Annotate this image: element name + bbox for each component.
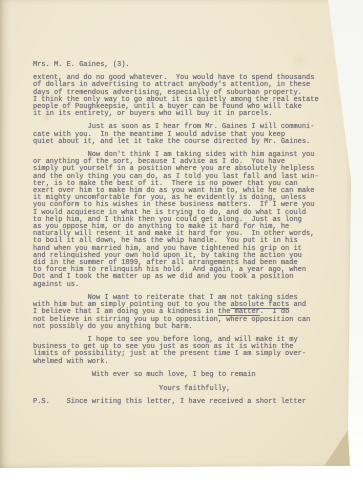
closing-block: With ever so much love, I beg to remain …: [33, 372, 341, 394]
letter-photo: Mrs. M. E. Gaines, (3). extent, and do n…: [0, 0, 363, 500]
letter-text: Mrs. M. E. Gaines, (3). extent, and do n…: [33, 62, 341, 413]
letter-paper: Mrs. M. E. Gaines, (3). extent, and do n…: [0, 0, 352, 470]
paragraph-4: Now I want to reiterate that I am not ta…: [33, 295, 341, 331]
paragraph-3: Now don't think I am taking sides with h…: [33, 152, 341, 289]
paragraph-1: extent, and do no good whatever. You wou…: [33, 75, 341, 118]
paragraph-2: Just as soon as I hear from Mr. Gaines I…: [33, 124, 341, 146]
paragraph-5: I hope to see you before long, and will …: [33, 337, 341, 366]
postscript-line: P.S. Since writing this letter, I have r…: [33, 399, 341, 406]
page-header: Mrs. M. E. Gaines, (3).: [33, 62, 341, 69]
